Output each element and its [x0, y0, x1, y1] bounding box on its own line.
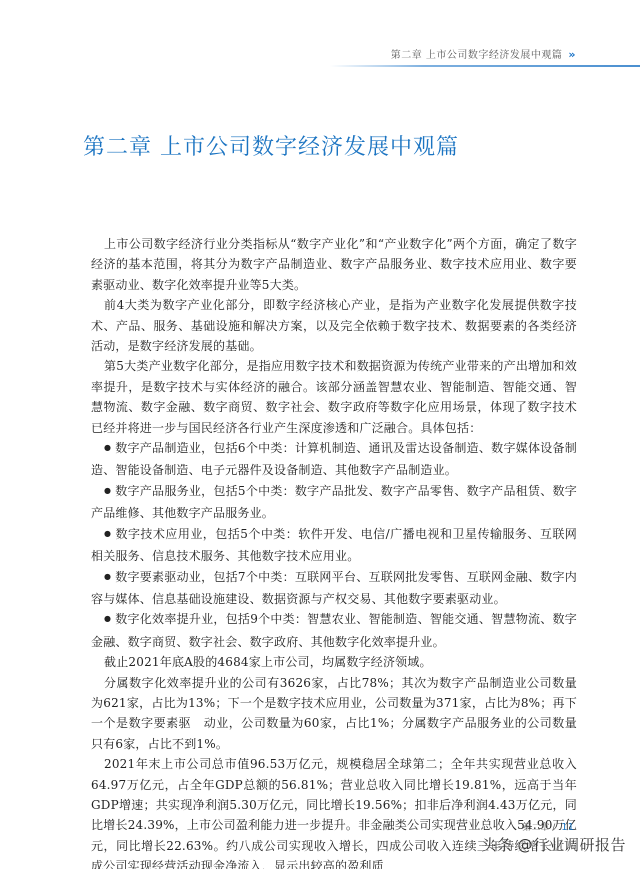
bullet-item: 数字产品服务业，包括5个中类：数字产品批发、数字产品零售、数字产品租赁、数字产品… — [91, 481, 577, 524]
running-header: 第二章 上市公司数字经济发展中观篇» — [391, 46, 576, 61]
bullet-item: 数字要素驱动业，包括7个中类：互联网平台、互联网批发零售、互联网金融、数字内容与… — [91, 567, 577, 610]
chapter-title: 第二章 上市公司数字经济发展中观篇 — [83, 130, 459, 161]
body-text: 上市公司数字经济行业分类指标从“数字产业化”和“产业数字化”两个方面，确定了数字… — [91, 234, 577, 869]
bullet-item: 数字技术应用业，包括5个中类：软件开发、电信/广播电视和卫星传输服务、互联网相关… — [91, 524, 577, 567]
watermark: 头条 @行业调研报告 — [481, 834, 626, 855]
bullet-item: 数字化效率提升业，包括9个中类：智慧农业、智能制造、智能交通、智慧物流、数字金融… — [91, 609, 577, 652]
page-footer: 第二章 /11 — [522, 820, 574, 833]
double-chevron-icon: » — [568, 48, 576, 61]
header-rule — [330, 65, 640, 67]
page-number: 11 — [561, 822, 574, 833]
paragraph: 第5大类产业数字化部分，是指应用数字技术和数据资源为传统产业带来的产出增加和效率… — [91, 356, 577, 438]
paragraph: 分属数字化效率提升业的公司有3626家，占比78%；其次为数字产品制造业公司数量… — [91, 673, 577, 755]
running-header-title: 第二章 上市公司数字经济发展中观篇 — [391, 50, 563, 61]
paragraph: 前4大类为数字产业化部分，即数字经济核心产业，是指为产业数字化发展提供数字技术、… — [91, 295, 577, 356]
paragraph: 上市公司数字经济行业分类指标从“数字产业化”和“产业数字化”两个方面，确定了数字… — [91, 234, 577, 295]
footer-chapter-label: 第二章 / — [522, 823, 555, 833]
paragraph: 截止2021年底A股的4684家上市公司，均属数字经济领域。 — [91, 652, 577, 672]
bullet-item: 数字产品制造业，包括6个中类：计算机制造、通讯及雷达设备制造、数字媒体设备制造、… — [91, 438, 577, 481]
